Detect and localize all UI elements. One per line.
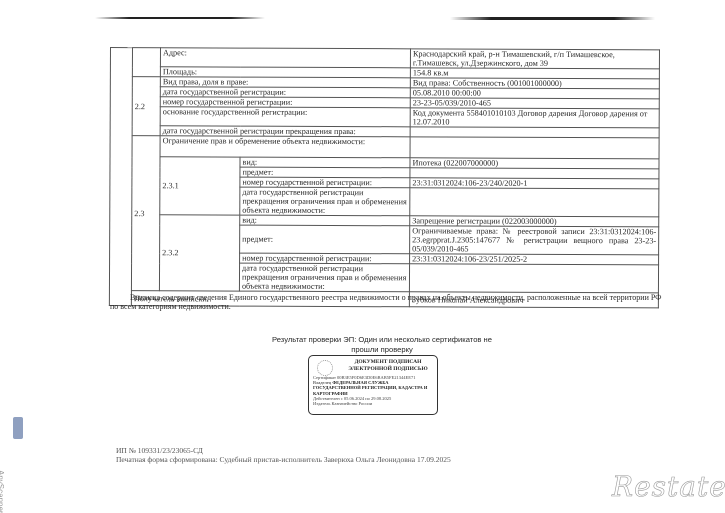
row-value: Код документа 558401010103 Договор дарен…: [410, 108, 659, 128]
row-label: номер государственной регистрации:: [240, 177, 410, 188]
scan-edge-shadow-right: [450, 17, 655, 20]
restate-watermark: Restate: [612, 470, 725, 503]
row-value: Запрещение регистрации (022003000000): [410, 216, 659, 227]
row-value: Ипотека (022007000000): [410, 158, 659, 169]
signature-check-result: Результат проверки ЭП: Один или нескольк…: [262, 335, 502, 355]
scan-edge-shadow-left: [95, 17, 265, 19]
table-row: основание государственной регистрации: К…: [110, 107, 659, 128]
row-label: основание государственной регистрации:: [160, 107, 410, 127]
row-value: 23:31:0312024:106-23/240/2020-1: [410, 178, 659, 189]
stamp-owner-name: ФЕДЕРАЛЬНАЯ СЛУЖБА ГОСУДАРСТВЕННОЙ РЕГИС…: [313, 380, 427, 395]
row-value: Вид права: Собственность (001001000000): [410, 78, 659, 89]
address-value: Краснодарский край, р-н Тимашевский, г/п…: [410, 49, 659, 69]
stamp-issuer: Издатель Казначейство России: [313, 401, 433, 406]
stamp-owner: Владелец ФЕДЕРАЛЬНАЯ СЛУЖБА ГОСУДАРСТВЕН…: [313, 380, 433, 396]
row-label: дата государственной регистрации прекращ…: [160, 126, 410, 137]
row-value: 23-23-05/039/2010-465: [410, 98, 659, 109]
row-label: дата государственной регистрации:: [160, 87, 410, 98]
electronic-signature-stamp: ДОКУМЕНТ ПОДПИСАН ЭЛЕКТРОННОЙ ПОДПИСЬЮ С…: [308, 355, 438, 415]
row-label: Вид права, доля в праве:: [160, 77, 410, 88]
row-label: предмет:: [240, 225, 410, 254]
subsection-number-2-3-2: 2.3.2: [159, 215, 239, 291]
emblem-icon: [317, 360, 333, 376]
address-label: Адрес:: [160, 48, 410, 68]
row-label: номер государственной регистрации:: [240, 253, 410, 264]
row-label: предмет:: [240, 167, 410, 178]
document-footer: ИП № 109331/23/23065-СД Печатная форма с…: [116, 446, 451, 464]
outer-left-column: [109, 48, 132, 306]
subsection-number-2-3-1: 2.3.1: [160, 157, 240, 215]
printed-by: Печатная форма сформирована: Судебный пр…: [116, 455, 451, 464]
restriction-heading: Ограничение прав и обременение объекта н…: [160, 136, 410, 158]
scanner-app-label: AnyScanner: [0, 470, 5, 513]
row-value: [410, 188, 659, 217]
rights-table: Адрес: Краснодарский край, р-н Тимашевск…: [109, 47, 660, 308]
table-row-restriction-heading: 2.3 Ограничение прав и обременение объек…: [110, 136, 659, 159]
stamp-title-line1: ДОКУМЕНТ ПОДПИСАН: [343, 359, 433, 366]
scanner-logo-icon: [13, 417, 23, 439]
section-number-2-3: 2.3: [131, 136, 160, 291]
row-value: Ограничиваемые права: № реестровой запис…: [410, 226, 659, 255]
table-row-address: Адрес: Краснодарский край, р-н Тимашевск…: [110, 48, 659, 69]
row-value: 23:31:0312024:106-23/251/2025-2: [410, 254, 659, 265]
case-number: ИП № 109331/23/23065-СД: [116, 446, 451, 455]
row-label: дата государственной регистрации прекращ…: [239, 263, 409, 292]
stamp-title-line2: ЭЛЕКТРОННОЙ ПОДПИСЬЮ: [343, 366, 433, 373]
area-value: 154.8 кв.м: [410, 68, 659, 79]
section-number-2-2: 2.2: [132, 77, 160, 136]
row-value: [409, 264, 658, 293]
row-label: номер государственной регистрации:: [160, 97, 410, 108]
row-value: 05.08.2010 00:00:00: [410, 88, 659, 99]
row-label: дата государственной регистрации прекращ…: [240, 187, 410, 216]
extract-note: Выписка содержит сведения Единого госуда…: [110, 293, 665, 311]
